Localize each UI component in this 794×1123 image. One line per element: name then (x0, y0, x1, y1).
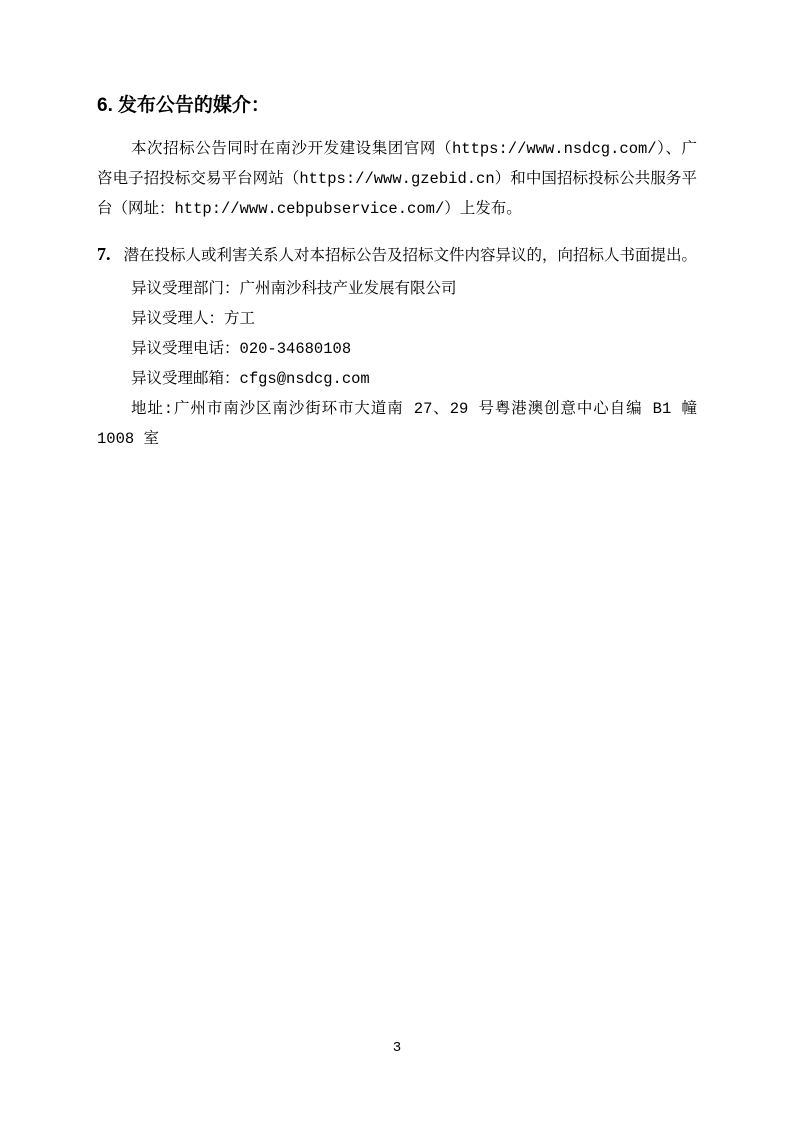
objection-phone-label: 异议受理电话： (131, 340, 240, 358)
section6-paragraph: 本次招标公告同时在南沙开发建设集团官网（https://www.nsdcg.co… (97, 134, 697, 224)
page-content: 6.发布公告的媒介： 本次招标公告同时在南沙开发建设集团官网（https://w… (0, 0, 794, 454)
address-line: 地址:广州市南沙区南沙街环市大道南 27、29 号粤港澳创意中心自编 B1 幢 … (97, 394, 697, 454)
address-value: 广州市南沙区南沙街环市大道南 27、29 号粤港澳创意中心自编 B1 幢 100… (97, 400, 697, 448)
page-footer: 3 (0, 1038, 794, 1056)
section6-title: 发布公告的媒介： (118, 95, 270, 116)
section7-number: 7. (97, 244, 111, 264)
objection-contact-person-value: 方工 (224, 310, 255, 328)
objection-phone-line: 异议受理电话：020-34680108 (97, 334, 697, 364)
address-label: 地址: (131, 400, 173, 418)
document-page: 6.发布公告的媒介： 本次招标公告同时在南沙开发建设集团官网（https://w… (0, 0, 794, 1123)
section6-number: 6. (97, 95, 113, 116)
objection-email-label: 异议受理邮箱： (131, 370, 240, 388)
objection-department-label: 异议受理部门： (131, 280, 240, 298)
section6-heading: 6.发布公告的媒介： (97, 90, 697, 122)
objection-department-value: 广州南沙科技产业发展有限公司 (240, 280, 457, 298)
page-number: 3 (393, 1040, 401, 1056)
objection-email-line: 异议受理邮箱：cfgs@nsdcg.com (97, 364, 697, 394)
section7-text: 潜在投标人或利害关系人对本招标公告及招标文件内容异议的，向招标人书面提出。 (124, 247, 698, 265)
objection-contact-person-line: 异议受理人：方工 (97, 304, 697, 334)
objection-email-value: cfgs@nsdcg.com (240, 370, 370, 388)
section7-paragraph: 7.潜在投标人或利害关系人对本招标公告及招标文件内容异议的，向招标人书面提出。 (97, 236, 697, 274)
objection-department-line: 异议受理部门：广州南沙科技产业发展有限公司 (97, 274, 697, 304)
objection-contact-person-label: 异议受理人： (131, 310, 224, 328)
objection-phone-value: 020-34680108 (240, 340, 352, 358)
